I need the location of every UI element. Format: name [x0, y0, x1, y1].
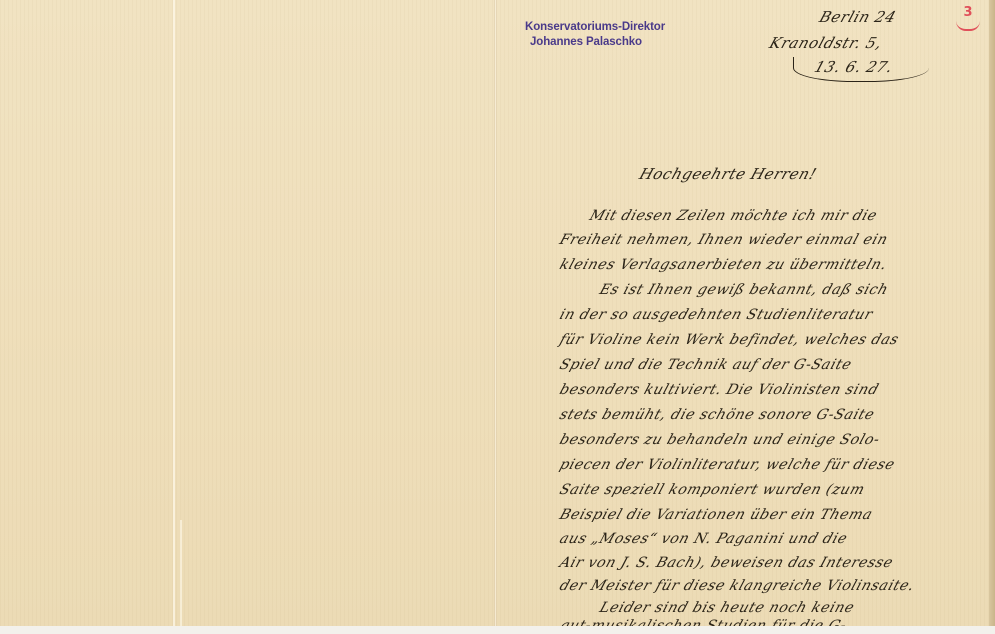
archive-number: 3 [953, 5, 983, 21]
letter-sheet: Konservatoriums-Direktor Johannes Palasc… [0, 0, 995, 626]
body-line: für Violine kein Werk befindet, welches … [557, 332, 901, 348]
archive-number-mark: 3 [953, 5, 983, 37]
body-line: Spiel und die Technik auf der G-Saite [557, 357, 854, 373]
body-line: Air von J. S. Bach), beweisen das Intere… [557, 555, 895, 571]
body-line: stets bemüht, die schöne sonore G-Saite [557, 407, 876, 423]
body-line: Saite speziell komponiert wurden (zum [557, 482, 867, 498]
body-line: Es ist Ihnen gewiß bekannt, daß sich [597, 282, 890, 298]
paper-fold-center [494, 0, 497, 626]
body-line: Leider sind bis heute noch keine [597, 600, 856, 616]
letter-date: 13. 6. 27. [812, 58, 895, 76]
stamp-name: Johannes Palaschko [525, 35, 665, 50]
body-line: in der so ausgedehnten Studienliteratur [557, 307, 874, 323]
body-line: besonders zu behandeln und einige Solo- [557, 432, 882, 448]
salutation: Hochgeehrte Herren! [637, 165, 819, 183]
address-street: Kranoldstr. 5, [767, 34, 885, 52]
body-line: aus „Moses“ von N. Paganini und die [557, 531, 849, 547]
letterhead-stamp: Konservatoriums-Direktor Johannes Palasc… [525, 20, 665, 50]
stamp-title: Konservatoriums-Direktor [525, 20, 665, 35]
body-line: Mit diesen Zeilen möchte ich mir die [587, 208, 879, 224]
body-line: kleines Verlagsanerbieten zu übermitteln… [557, 257, 889, 273]
paper-fold-left [173, 0, 175, 626]
body-line: Freiheit nehmen, Ihnen wieder einmal ein [557, 232, 890, 248]
body-line: der Meister für diese klangreiche Violin… [557, 578, 916, 594]
scan-bottom-margin [0, 626, 995, 634]
body-line: besonders kultiviert. Die Violinisten si… [557, 382, 881, 398]
body-line: piecen der Violinliteratur, welche für d… [557, 457, 897, 473]
paper-fold-lower [180, 520, 182, 626]
address-city: Berlin 24 [817, 8, 898, 26]
body-line: Beispiel die Variationen über ein Thema [557, 507, 874, 523]
archive-mark-underline [956, 21, 980, 31]
paper-right-edge [989, 0, 995, 626]
